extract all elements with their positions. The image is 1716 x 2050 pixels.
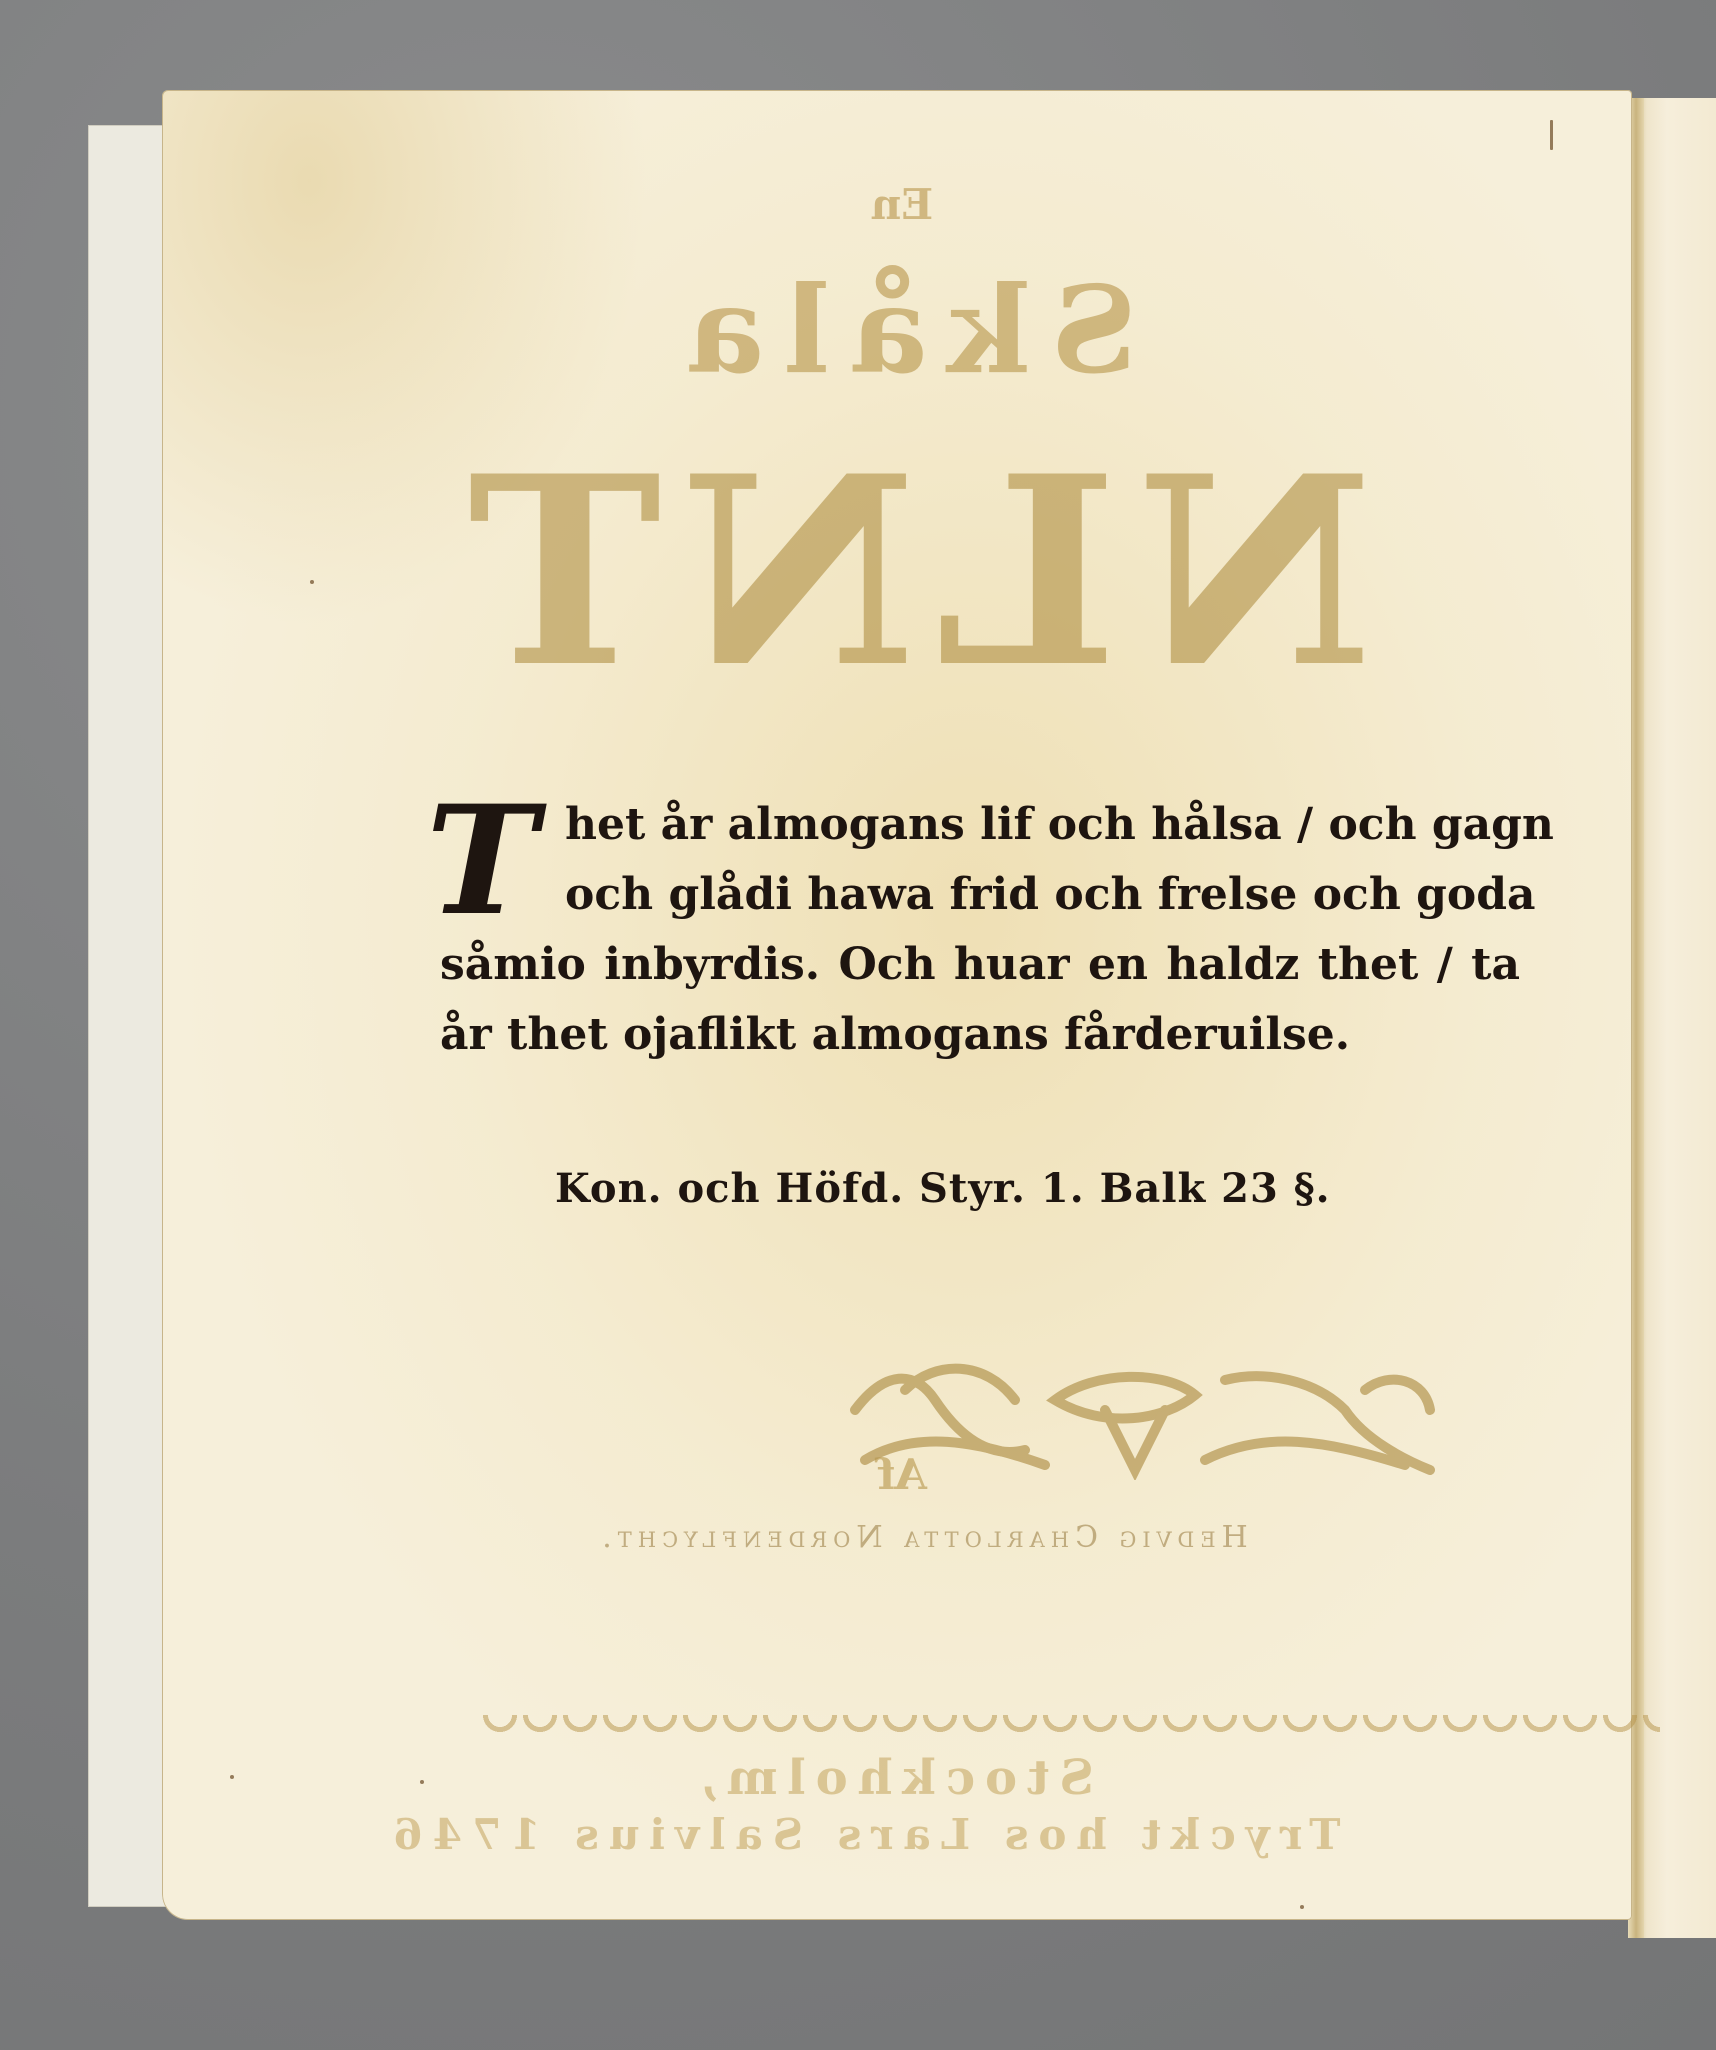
citation: Kon. och Höfd. Styr. 1. Balk 23 §. [555,1165,1331,1212]
show-through-small-heading: En [782,180,1022,229]
paper-speck [230,1775,234,1779]
body-line-4: år thet ojaflikt almogans fårderuilse. [440,1000,1520,1070]
ornament-vignette [845,1350,1440,1480]
show-through-imprint-printer: Tryckt hos Lars Salvius 1746 [362,1810,1362,1859]
facing-page-edge [1637,98,1716,1938]
drop-cap: T [426,786,538,936]
show-through-author: Hedvig Charlotta Nordenflycht. [512,1520,1332,1555]
body-line-3: såmio inbyrdis. Och huar en haldz thet /… [440,930,1520,1000]
show-through-imprint-city: Stockholm, [542,1750,1242,1806]
paper-speck [310,580,314,584]
paper-speck [420,1780,424,1784]
show-through-border [480,1715,1660,1755]
body-line-2: och glådi hawa frid och frelse och goda [565,860,1520,930]
show-through-large-word: NLNT [312,420,1512,725]
body-line-1: het år almogans lif och hålsa / och gagn [565,790,1520,860]
body-text: T het år almogans lif och hålsa / och ga… [440,790,1520,1070]
paper-tear [1550,120,1553,150]
show-through-title: Skåla [542,260,1262,401]
paper-speck [1300,1905,1304,1909]
